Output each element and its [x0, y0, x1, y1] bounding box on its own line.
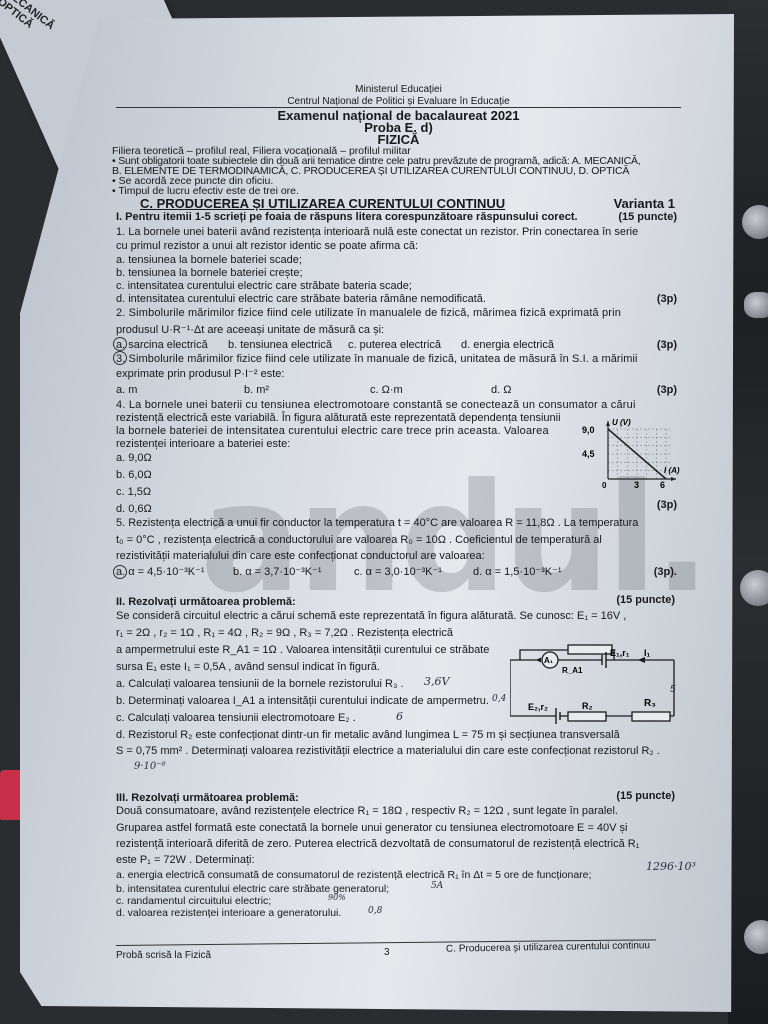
part3-question-a: a. energia electrică consumată de consum… — [116, 869, 591, 882]
part2-heading: II. Rezolvați următoarea problemă: — [116, 596, 296, 609]
part2-question-b: b. Determinați valoarea I_A1 a intensită… — [116, 695, 489, 708]
q4-line3: la bornele bateriei de intensitatea cure… — [116, 425, 549, 438]
q5-circled-answer — [113, 565, 127, 579]
svg-text:A₁: A₁ — [544, 656, 554, 665]
svg-text:R₃: R₃ — [644, 698, 656, 709]
svg-text:I₁: I₁ — [644, 648, 651, 658]
coin — [740, 570, 768, 606]
q4-option-b: b. 6,0Ω — [116, 469, 152, 482]
q2-option-b: b. tensiunea electrică — [228, 339, 332, 352]
part2-intro-4: sursa E₁ este I₁ = 0,5A , având sensul i… — [116, 661, 380, 674]
q3-line1: 3. Simbolurile mărimilor fizice fiind ce… — [116, 353, 638, 366]
part1-points: (15 puncte) — [618, 211, 677, 224]
handwritten-answer-3d: 0,8 — [368, 905, 382, 918]
q3-option-d: d. Ω — [491, 384, 511, 397]
q5-line2: t₀ = 0°C , rezistența electrică a conduc… — [116, 534, 602, 547]
part2-question-a: a. Calculați valoarea tensiunii de la bo… — [116, 678, 404, 691]
coin — [742, 205, 768, 239]
handwritten-answer-3a: 1296·10³ — [646, 860, 696, 873]
q5-option-d: d. α = 1,5·10⁻³K⁻¹ — [473, 566, 562, 579]
q1-option-c: c. intensitatea curentului electric care… — [116, 280, 412, 293]
handwritten-answer-3b: 5A — [431, 880, 443, 893]
part3-intro-2: Gruparea astfel formată este conectată l… — [116, 822, 628, 835]
svg-text:R_A1: R_A1 — [562, 666, 583, 675]
svg-text:6: 6 — [660, 480, 665, 489]
q1-line2: cu primul rezistor a unui alt rezistor i… — [116, 240, 418, 253]
part2-intro-2: r₁ = 2Ω , r₂ = 1Ω , R₁ = 4Ω , R₂ = 9Ω , … — [116, 627, 453, 640]
svg-text:3: 3 — [634, 480, 639, 489]
q3-option-b: b. m² — [244, 384, 269, 397]
part2-question-c: c. Calculați valoarea tensiunii electrom… — [116, 712, 356, 725]
part3-intro-1: Două consumatoare, având rezistențele el… — [116, 805, 618, 818]
svg-text:4,5: 4,5 — [582, 449, 595, 459]
handwritten-answer-2b: 0,4 — [492, 693, 506, 706]
footer-page-number: 3 — [384, 946, 390, 959]
q4-line4: rezistenței interioare a bateriei este: — [116, 438, 290, 451]
q2-line2: produsul U·R⁻¹·Δt are aceeași unitate de… — [116, 324, 384, 337]
q4-line1: 4. La bornele unei baterii cu tensiunea … — [116, 399, 636, 412]
q2-line1: 2. Simbolurile mărimilor fizice fiind ce… — [116, 307, 621, 320]
handwritten-answer-3c: 90% — [328, 891, 346, 904]
part2-points: (15 puncte) — [616, 594, 675, 607]
q4-option-d: d. 0,6Ω — [116, 503, 152, 516]
svg-text:E₁,r₁: E₁,r₁ — [610, 648, 630, 658]
part2-intro-1: Se consideră circuitul electric a cărui … — [116, 610, 626, 623]
exam-page: andul. Ministerul Educației Centrul Nați… — [20, 14, 734, 1012]
part2-question-d-cont: S = 0,75 mm² . Determinați valoarea rezi… — [116, 745, 660, 758]
q2-option-c: c. puterea electrică — [348, 339, 441, 352]
q3-points: (3p) — [657, 384, 677, 397]
q1-points: (3p) — [657, 293, 677, 306]
part1-heading: I. Pentru itemii 1-5 scrieți pe foaia de… — [116, 211, 578, 224]
q5-option-b: b. α = 3,7·10⁻³K⁻¹ — [233, 566, 322, 579]
q5-option-a: a. α = 4,5·10⁻³K⁻¹ — [116, 566, 205, 579]
q4-voltage-current-graph: U (V) I (A) 9,0 4,5 0 3 6 — [580, 417, 680, 489]
background-sheet-text: MECANICĂ OPTICĂ — [0, 0, 73, 54]
q2-option-a: a. sarcina electrică — [116, 339, 208, 352]
q1-line1: 1. La bornele unei baterii având reziste… — [116, 226, 638, 239]
part2-intro-3: a ampermetrului este R_A1 = 1Ω . Valoare… — [116, 644, 489, 657]
q5-line3: rezistivității materialului din care est… — [116, 550, 485, 563]
part3-heading: III. Rezolvați următoarea problemă: — [116, 792, 299, 805]
q3-option-a: a. m — [116, 384, 137, 397]
svg-text:R₁: R₁ — [584, 644, 594, 645]
footer-left: Probă scrisă la Fizică — [116, 949, 211, 962]
q5-points: (3p). — [654, 566, 677, 579]
q5-option-c: c. α = 3,0·10⁻³K⁻¹ — [354, 566, 442, 579]
q2-points: (3p) — [657, 339, 677, 352]
handwritten-answer-2d: 9·10⁻⁸ — [134, 760, 166, 773]
handwritten-answer-2c: 6 — [396, 710, 403, 723]
q3-circle — [113, 351, 127, 365]
part3-question-d: d. valoarea rezistenței interioare a gen… — [116, 907, 341, 920]
q4-points: (3p) — [657, 499, 677, 512]
q3-option-c: c. Ω·m — [370, 384, 403, 397]
q1-option-b: b. tensiunea la bornele bateriei crește; — [116, 267, 303, 280]
q1-option-a: a. tensiunea la bornele bateriei scade; — [116, 254, 302, 267]
q2-option-d: d. energia electrică — [461, 339, 554, 352]
variant-label: Varianta 1 — [614, 197, 675, 210]
svg-text:5: 5 — [670, 684, 676, 695]
section-title: C. PRODUCEREA ȘI UTILIZAREA CURENTULUI C… — [140, 197, 505, 210]
handwritten-answer-2a: 3,6V — [424, 675, 449, 688]
q4-option-a: a. 9,0Ω — [116, 452, 152, 465]
q1-option-d: d. intensitatea curentului electric care… — [116, 293, 486, 306]
footer-right: C. Producerea și utilizarea curentului c… — [446, 939, 650, 956]
desk-edge — [728, 0, 768, 1024]
svg-text:9,0: 9,0 — [582, 425, 595, 435]
svg-text:I (A): I (A) — [664, 466, 680, 475]
q5-line1: 5. Rezistența electrică a unui fir condu… — [116, 517, 638, 530]
circuit-diagram: R₁ A₁ R_A1 E₁,r₁ I₁ E₂,r₂ R₂ R₃ 5 — [510, 644, 690, 734]
q2-circled-answer — [113, 337, 127, 351]
svg-text:U (V): U (V) — [612, 418, 631, 427]
part3-intro-4: este P₁ = 72W . Determinați: — [116, 854, 255, 867]
q3-line2: exprimate prin produsul P·I⁻² este: — [116, 368, 284, 381]
q4-line2: rezistență electrică este variabilă. În … — [116, 412, 561, 425]
part3-points: (15 puncte) — [616, 790, 675, 803]
coin — [744, 292, 768, 318]
svg-text:E₂,r₂: E₂,r₂ — [528, 702, 548, 712]
svg-text:R₂: R₂ — [582, 701, 593, 711]
part3-intro-3: rezistență interioară diferită de zero. … — [116, 838, 639, 851]
svg-text:0: 0 — [602, 481, 607, 489]
q4-option-c: c. 1,5Ω — [116, 486, 151, 499]
